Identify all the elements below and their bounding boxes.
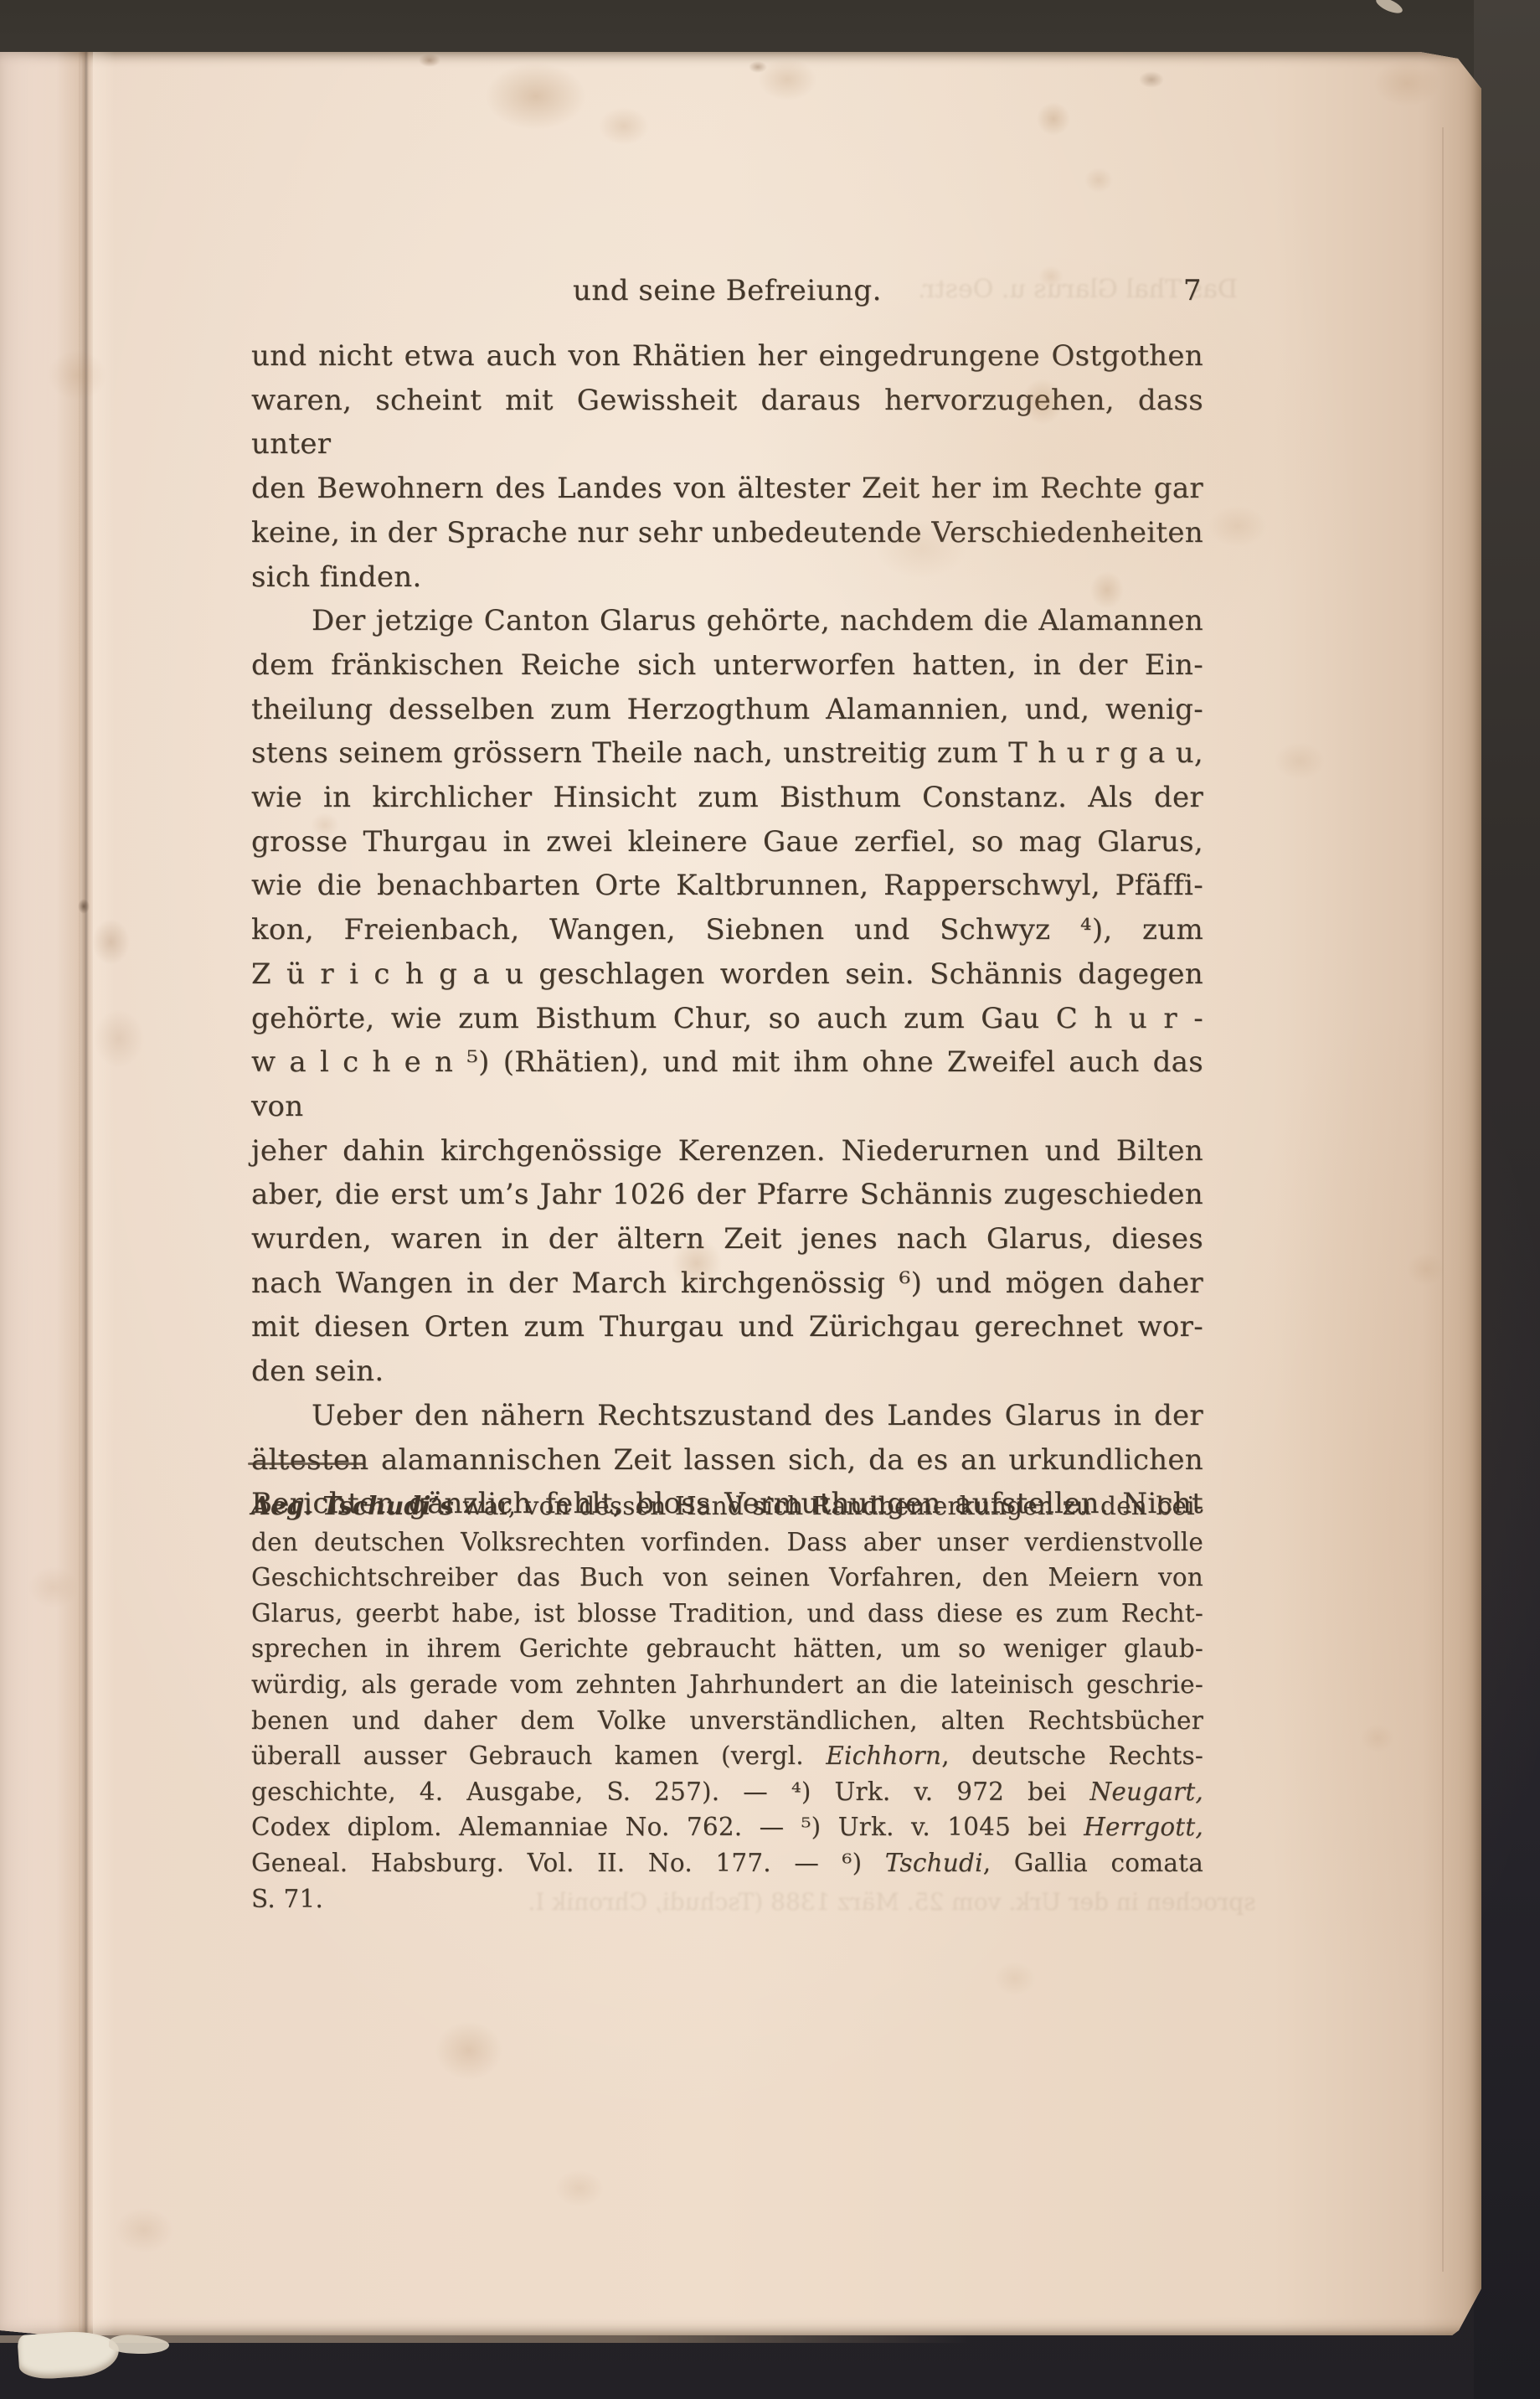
text-line: überall ausser Gebrauch kamen (vergl. Ei… — [251, 1738, 1203, 1774]
text-run: dem fränkischen Reiche sich unterworfen … — [251, 648, 1203, 682]
verso-show-through-footnote: sprochen in der Urk. vom 25. März 1388 (… — [511, 1888, 1273, 1916]
text-line: Glarus, geerbt habe, ist blosse Traditio… — [251, 1596, 1203, 1632]
text-line: Geneal. Habsburg. Vol. II. No. 177. — ⁶)… — [251, 1845, 1203, 1881]
text-run: und nicht etwa auch von Rhätien her eing… — [251, 339, 1203, 373]
text-run: überall ausser Gebrauch kamen (vergl. — [251, 1741, 826, 1770]
text-line: wie in kirchlicher Hinsicht zum Bisthum … — [251, 776, 1203, 820]
text-line: mit diesen Orten zum Thurgau und Zürichg… — [251, 1305, 1203, 1349]
text-line: den sein. — [251, 1349, 1203, 1394]
text-run: , deutsche Rechts- — [941, 1741, 1203, 1770]
scanned-book-page: Das Thal Glarus u. Oestr. und seine Befr… — [0, 0, 1540, 2399]
text-run: Neugart, — [1089, 1777, 1203, 1806]
text-run: Aeg. Tschudi’s — [251, 1491, 454, 1520]
text-run: war, von dessen Hand sich Randbemerkunge… — [454, 1492, 1203, 1520]
text-line: geschichte, 4. Ausgabe, S. 257). — ⁴) Ur… — [251, 1774, 1203, 1810]
paper-page: Das Thal Glarus u. Oestr. und seine Befr… — [0, 52, 1481, 2335]
text-run: sprechen in ihrem Gerichte gebraucht hät… — [251, 1634, 1203, 1663]
running-title: und seine Befreiung. — [251, 272, 1203, 309]
text-line: den Bewohnern des Landes von ältester Ze… — [251, 467, 1203, 511]
text-run: Glarus, geerbt habe, ist blosse Traditio… — [251, 1599, 1203, 1628]
text-run: aber, die erst um’s Jahr 1026 der Pfarre… — [251, 1178, 1203, 1211]
text-line: ältesten alamannischen Zeit lassen sich,… — [251, 1438, 1203, 1483]
text-run: Geschichtschreiber das Buch von seinen V… — [251, 1563, 1203, 1592]
text-line: wurden, waren in der ältern Zeit jenes n… — [251, 1217, 1203, 1261]
text-line: jeher dahin kirchgenössige Kerenzen. Nie… — [251, 1129, 1203, 1174]
torn-paper-fragment — [17, 2329, 120, 2381]
text-run: w a l c h e n ⁵) (Rhätien), und mit ihm … — [251, 1045, 1203, 1123]
text-line: wie die benachbarten Orte Kaltbrunnen, R… — [251, 864, 1203, 908]
text-run: Tschudi — [885, 1849, 983, 1877]
text-run: gehörte, wie zum Bisthum Chur, so auch z… — [251, 1002, 1203, 1035]
text-line: sprechen in ihrem Gerichte gebraucht hät… — [251, 1631, 1203, 1667]
text-run: theilung desselben zum Herzogthum Alaman… — [251, 693, 1203, 726]
gutter-highlight — [93, 52, 115, 2335]
text-line: Ueber den nähern Rechtszustand des Lande… — [251, 1394, 1203, 1438]
text-run: den Bewohnern des Landes von ältester Ze… — [251, 472, 1203, 505]
text-line: stens seinem grössern Theile nach, unstr… — [251, 731, 1203, 776]
text-line: Z ü r i c h g a u geschlagen worden sein… — [251, 952, 1203, 997]
text-run: Z ü r i c h g a u geschlagen worden sein… — [251, 957, 1203, 991]
text-run: waren, scheint mit Gewissheit daraus her… — [251, 384, 1203, 462]
scanner-background — [1474, 0, 1540, 2399]
text-line: grosse Thurgau in zwei kleinere Gaue zer… — [251, 820, 1203, 864]
right-fold-line — [1442, 127, 1444, 2272]
text-line: und nicht etwa auch von Rhätien her eing… — [251, 334, 1203, 379]
text-run: nach Wangen in der March kirchgenössig ⁶… — [251, 1267, 1203, 1300]
text-line: theilung desselben zum Herzogthum Alaman… — [251, 688, 1203, 732]
text-line: Codex diplom. Alemanniae No. 762. — ⁵) U… — [251, 1809, 1203, 1845]
footnote-text: Aeg. Tschudi’s war, von dessen Hand sich… — [251, 1488, 1203, 1917]
text-run: keine, in der Sprache nur sehr unbedeute… — [251, 516, 1203, 549]
page-number: 7 — [1183, 272, 1202, 309]
text-line: sich finden. — [251, 555, 1203, 600]
text-run: Geneal. Habsburg. Vol. II. No. 177. — ⁶) — [251, 1849, 885, 1877]
adjacent-page-edge — [0, 52, 80, 2335]
text-run: würdig, als gerade vom zehnten Jahrhunde… — [251, 1670, 1203, 1699]
text-line: kon, Freienbach, Wangen, Siebnen und Sch… — [251, 908, 1203, 952]
text-run: wie die benachbarten Orte Kaltbrunnen, R… — [251, 869, 1203, 902]
text-run: S. 71. — [251, 1885, 323, 1913]
text-run: , Gallia comata — [983, 1849, 1203, 1877]
text-run: Herrgott, — [1084, 1813, 1203, 1841]
text-run: Codex diplom. Alemanniae No. 762. — ⁵) U… — [251, 1813, 1084, 1841]
text-line: waren, scheint mit Gewissheit daraus her… — [251, 379, 1203, 467]
text-line: Aeg. Tschudi’s war, von dessen Hand sich… — [251, 1488, 1203, 1525]
text-run: wurden, waren in der ältern Zeit jenes n… — [251, 1222, 1203, 1256]
text-run: sich finden. — [251, 560, 422, 594]
text-line: Geschichtschreiber das Buch von seinen V… — [251, 1560, 1203, 1596]
text-line: benen und daher dem Volke unverständlich… — [251, 1703, 1203, 1739]
text-line: dem fränkischen Reiche sich unterworfen … — [251, 643, 1203, 688]
text-line: Der jetzige Canton Glarus gehörte, nachd… — [251, 599, 1203, 643]
text-line: aber, die erst um’s Jahr 1026 der Pfarre… — [251, 1173, 1203, 1217]
text-run: mit diesen Orten zum Thurgau und Zürichg… — [251, 1310, 1203, 1344]
gutter-crease — [78, 52, 93, 2335]
text-line: gehörte, wie zum Bisthum Chur, so auch z… — [251, 997, 1203, 1041]
text-line: würdig, als gerade vom zehnten Jahrhunde… — [251, 1667, 1203, 1703]
text-run: benen und daher dem Volke unverständlich… — [251, 1706, 1203, 1735]
page-header: und seine Befreiung. 7 — [251, 272, 1203, 311]
text-run: den deutschen Volksrechten vorfinden. Da… — [251, 1528, 1203, 1556]
text-run: wie in kirchlicher Hinsicht zum Bisthum … — [251, 781, 1203, 814]
text-line: keine, in der Sprache nur sehr unbedeute… — [251, 511, 1203, 555]
text-run: den sein. — [251, 1354, 384, 1388]
text-run: Der jetzige Canton Glarus gehörte, nachd… — [312, 604, 1203, 637]
text-run: stens seinem grössern Theile nach, unstr… — [251, 736, 1203, 770]
text-run: Ueber den nähern Rechtszustand des Lande… — [312, 1399, 1203, 1432]
text-line: nach Wangen in der March kirchgenössig ⁶… — [251, 1261, 1203, 1306]
text-line: w a l c h e n ⁵) (Rhätien), und mit ihm … — [251, 1040, 1203, 1128]
text-run: jeher dahin kirchgenössige Kerenzen. Nie… — [251, 1134, 1203, 1168]
text-run: geschichte, 4. Ausgabe, S. 257). — ⁴) Ur… — [251, 1777, 1089, 1806]
paper-fiber — [1374, 0, 1404, 16]
body-text: und nicht etwa auch von Rhätien her eing… — [251, 334, 1203, 1526]
text-run: grosse Thurgau in zwei kleinere Gaue zer… — [251, 825, 1203, 859]
text-run: kon, Freienbach, Wangen, Siebnen und Sch… — [251, 913, 1203, 947]
text-run: Eichhorn — [826, 1741, 941, 1770]
text-run: ältesten alamannischen Zeit lassen sich,… — [251, 1443, 1203, 1477]
text-line: den deutschen Volksrechten vorfinden. Da… — [251, 1525, 1203, 1561]
footnote-separator-rule — [248, 1463, 365, 1465]
